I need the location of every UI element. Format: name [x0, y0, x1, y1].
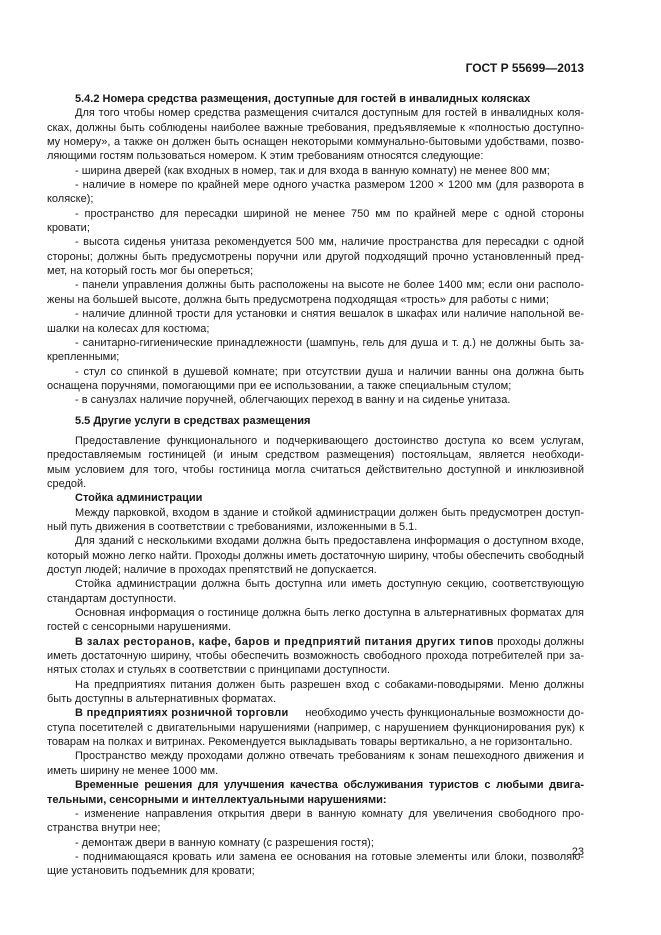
paragraph-line: му номеру», а также он должен быть оснащ… — [47, 135, 584, 149]
paragraph-line: нятых столах и стульях в соответствии с … — [47, 663, 584, 677]
list-item-cont: кровати; — [47, 221, 584, 235]
list-item: - высота сиденья унитаза рекомендуется 5… — [47, 235, 584, 249]
paragraph-line: стандартам доступности. — [47, 592, 584, 606]
paragraph-line: иметь достаточную ширину, чтобы обеспечи… — [47, 649, 584, 663]
paragraph-line: товарам на полках и витринах. Рекомендуе… — [47, 735, 584, 749]
paragraph-line: ступа посетителей с двигательными наруше… — [47, 721, 584, 735]
paragraph-line: Пространство между проходами должно отве… — [47, 749, 584, 763]
list-item-cont: жены на большей высоте, должна быть пред… — [47, 293, 584, 307]
list-item: - наличие в номере по крайней мере одног… — [47, 178, 584, 192]
paragraph-line-restaurants: В залах ресторанов, кафе, баров и предпр… — [47, 635, 584, 649]
list-item-cont: шалки на колесах для костюма; — [47, 322, 584, 336]
paragraph-line: сках, должны быть соблюдены наиболее важ… — [47, 121, 584, 135]
list-item: - пространство для пересадки шириной не … — [47, 207, 584, 221]
paragraph-line: Стойка администрации должна быть доступн… — [47, 577, 584, 591]
paragraph-line: который можно легко найти. Проходы должн… — [47, 549, 584, 563]
list-item-cont: странства внутри нее; — [47, 821, 584, 835]
list-item-cont: стороны; должны быть предусмотрены поруч… — [47, 250, 584, 264]
list-item-cont: крепленными; — [47, 350, 584, 364]
paragraph-line-retail: В предприятиях розничной торговли необхо… — [47, 706, 584, 720]
list-item-cont: оснащена поручнями, помогающими при ее и… — [47, 379, 584, 393]
paragraph-line: На предприятиях питания должен быть разр… — [47, 678, 584, 692]
page-number: 23 — [572, 846, 584, 858]
list-item: - стул со спинкой в душевой комнате; при… — [47, 365, 584, 379]
list-item: - санитарно-гигиенические принадлежности… — [47, 336, 584, 350]
paragraph-line: Для того чтобы номер средства размещения… — [47, 106, 584, 120]
bold-lead-temporary-solutions: Временные решения для улучшения качества… — [47, 778, 584, 792]
list-item: - наличие длинной трости для установки и… — [47, 307, 584, 321]
list-item: - демонтаж двери в ванную комнату (с раз… — [47, 836, 584, 850]
paragraph-line: ный путь движения в соответствии с требо… — [47, 520, 584, 534]
paragraph-line: мым условием для того, чтобы гостиница м… — [47, 463, 584, 477]
paragraph-line: быть доступны в альтернативных форматах. — [47, 692, 584, 706]
list-item-cont: мет, на который гость мог бы опереться; — [47, 264, 584, 278]
paragraph-line: ляющими гостям пользоваться номером. К э… — [47, 149, 584, 163]
paragraph-line: Между парковкой, входом в здание и стойк… — [47, 506, 584, 520]
list-item-cont: коляске); — [47, 192, 584, 206]
paragraph-line: Предоставление функционального и подчерк… — [47, 434, 584, 448]
list-item: - в санузлах наличие поручней, облегчающ… — [47, 393, 584, 407]
paragraph-line: Для зданий с несколькими входами должна … — [47, 534, 584, 548]
list-item: - поднимающаяся кровать или замена ее ос… — [47, 850, 584, 864]
bold-lead-retail: В предприятиях розничной торговли — [75, 706, 289, 720]
paragraph-fragment: проходы должны — [497, 635, 584, 649]
list-item: - изменение направления открытия двери в… — [47, 807, 584, 821]
subheading-front-desk: Стойка администрации — [47, 491, 584, 505]
list-item-cont: щие установить подъемник для кровати; — [47, 864, 584, 878]
paragraph-line: средой. — [47, 477, 584, 491]
list-item: - панели управления должны быть располож… — [47, 278, 584, 292]
bold-lead-temporary-solutions-cont: тельными, сенсорными и интеллектуальными… — [47, 793, 584, 807]
section-heading-5-5: 5.5 Другие услуги в средствах размещения — [47, 414, 584, 428]
paragraph-line: гостей с сенсорными нарушениями. — [47, 620, 584, 634]
section-heading-5-4-2: 5.4.2 Номера средства размещения, доступ… — [47, 92, 584, 106]
paragraph-line: Основная информация о гостинице должна б… — [47, 606, 584, 620]
document-header-id: ГОСТ Р 55699—2013 — [466, 61, 584, 75]
paragraph-line: иметь ширину не менее 1000 мм. — [47, 764, 584, 778]
paragraph-line: доступ людей; наличие в проходах препятс… — [47, 563, 584, 577]
document-body: 5.4.2 Номера средства размещения, доступ… — [47, 92, 584, 879]
paragraph-line: предоставляемым гостиницей (и иным средс… — [47, 448, 584, 462]
list-item: - ширина дверей (как входных в номер, та… — [47, 164, 584, 178]
bold-lead-restaurants: В залах ресторанов, кафе, баров и предпр… — [75, 635, 494, 649]
paragraph-fragment: необходимо учесть функциональные возможн… — [305, 706, 584, 720]
